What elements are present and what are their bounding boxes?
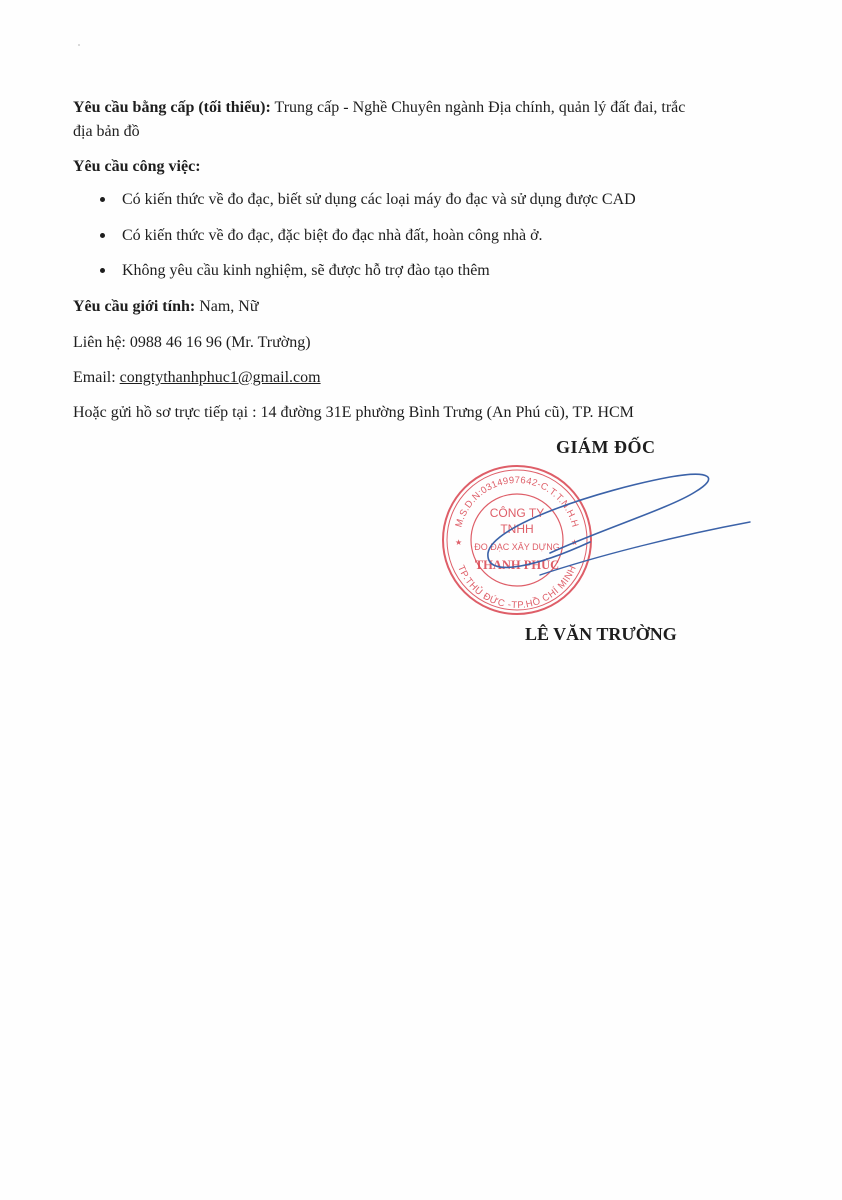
document-page: Yêu cầu bằng cấp (tối thiểu): Trung cấp … — [0, 0, 842, 1200]
job-requirement-item: Có kiến thức về đo đạc, biết sử dụng các… — [100, 190, 636, 210]
gender-label: Yêu cầu giới tính: — [73, 298, 195, 315]
svg-text:★: ★ — [455, 538, 462, 547]
gender-requirement: Yêu cầu giới tính: Nam, Nữ — [73, 297, 259, 317]
job-requirement-text: Có kiến thức về đo đạc, đặc biệt đo đạc … — [122, 227, 543, 244]
degree-label: Yêu cầu bằng cấp (tối thiểu): — [73, 99, 271, 116]
job-requirements-heading: Yêu cầu công việc: — [73, 157, 201, 177]
signatory-title: GIÁM ĐỐC — [556, 437, 656, 458]
degree-requirement-continued: địa bản đồ — [73, 122, 140, 142]
email-link[interactable]: congtythanhphuc1@gmail.com — [120, 369, 321, 386]
email-line: Email: congtythanhphuc1@gmail.com — [73, 368, 321, 388]
bullet-icon — [100, 268, 105, 273]
degree-requirement: Yêu cầu bằng cấp (tối thiểu): Trung cấp … — [73, 98, 685, 118]
bullet-icon — [100, 233, 105, 238]
contact-line: Liên hệ: 0988 46 16 96 (Mr. Trường) — [73, 333, 311, 353]
degree-value: Trung cấp - Nghề Chuyên ngành Địa chính,… — [271, 99, 686, 116]
degree-value-continued: địa bản đồ — [73, 123, 140, 140]
job-requirement-text: Có kiến thức về đo đạc, biết sử dụng các… — [122, 191, 636, 208]
scan-speck — [78, 44, 80, 46]
handwritten-signature — [480, 465, 760, 585]
address-line: Hoặc gửi hồ sơ trực tiếp tại : 14 đường … — [73, 403, 634, 423]
gender-value: Nam, Nữ — [195, 298, 258, 315]
bullet-icon — [100, 197, 105, 202]
job-requirement-item: Không yêu cầu kinh nghiệm, sẽ được hỗ tr… — [100, 261, 490, 281]
contact-label: Liên hệ: — [73, 334, 130, 351]
job-requirement-text: Không yêu cầu kinh nghiệm, sẽ được hỗ tr… — [122, 262, 490, 279]
contact-phone: 0988 46 16 96 (Mr. Trường) — [130, 334, 311, 351]
email-label: Email: — [73, 369, 120, 386]
job-requirement-item: Có kiến thức về đo đạc, đặc biệt đo đạc … — [100, 226, 543, 246]
signatory-name: LÊ VĂN TRƯỜNG — [525, 624, 677, 645]
